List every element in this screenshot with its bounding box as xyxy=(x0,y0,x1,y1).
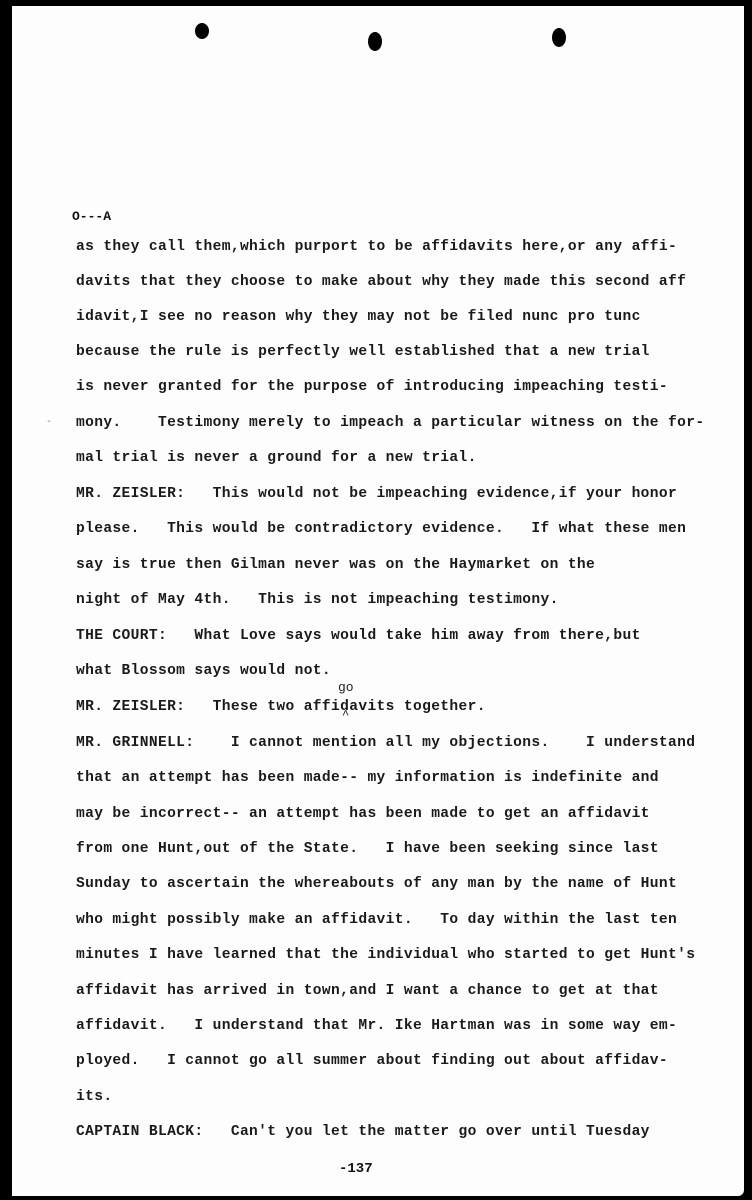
text-line: davits that they choose to make about wh… xyxy=(76,274,686,290)
text-line: mony. Testimony merely to impeach a part… xyxy=(76,415,704,431)
speaker-line: MR. GRINNELL: I cannot mention all my ob… xyxy=(76,735,695,751)
text-line: affidavit has arrived in town,and I want… xyxy=(76,983,659,999)
text-line: its. xyxy=(76,1089,112,1105)
speaker-line: THE COURT: What Love says would take him… xyxy=(76,628,641,644)
speaker-line: MR. ZEISLER: These two affidavits togeth… xyxy=(76,699,486,715)
text-line: from one Hunt,out of the State. I have b… xyxy=(76,841,659,857)
text-line: night of May 4th. This is not impeaching… xyxy=(76,592,559,608)
text-line: minutes I have learned that the individu… xyxy=(76,947,695,963)
text-line: that an attempt has been made-- my infor… xyxy=(76,770,659,786)
text-line: is never granted for the purpose of intr… xyxy=(76,379,668,395)
interlinear-insertion: go xyxy=(338,680,354,695)
speaker-line: CAPTAIN BLACK: Can't you let the matter … xyxy=(76,1124,650,1140)
text-line: because the rule is perfectly well estab… xyxy=(76,344,650,360)
text-line: please. This would be contradictory evid… xyxy=(76,521,686,537)
text-line: what Blossom says would not. xyxy=(76,663,331,679)
page-number: -137 xyxy=(339,1161,373,1177)
text-line: ployed. I cannot go all summer about fin… xyxy=(76,1053,668,1069)
text-line: who might possibly make an affidavit. To… xyxy=(76,912,677,928)
text-line: as they call them,which purport to be af… xyxy=(76,239,677,255)
document-page: O---A - as they call them,which purport … xyxy=(12,6,744,1196)
punch-hole-center xyxy=(368,32,382,51)
margin-mark: - xyxy=(46,417,52,428)
text-line: idavit,I see no reason why they may not … xyxy=(76,309,641,325)
punch-hole-right xyxy=(552,28,566,47)
text-line: affidavit. I understand that Mr. Ike Har… xyxy=(76,1018,677,1034)
text-line: say is true then Gilman never was on the… xyxy=(76,557,595,573)
text-line: mal trial is never a ground for a new tr… xyxy=(76,450,477,466)
text-line: may be incorrect-- an attempt has been m… xyxy=(76,806,650,822)
speaker-line: MR. ZEISLER: This would not be impeachin… xyxy=(76,486,677,502)
header-mark: O---A xyxy=(72,209,111,224)
punch-hole-left xyxy=(195,23,209,39)
text-line: Sunday to ascertain the whereabouts of a… xyxy=(76,876,677,892)
